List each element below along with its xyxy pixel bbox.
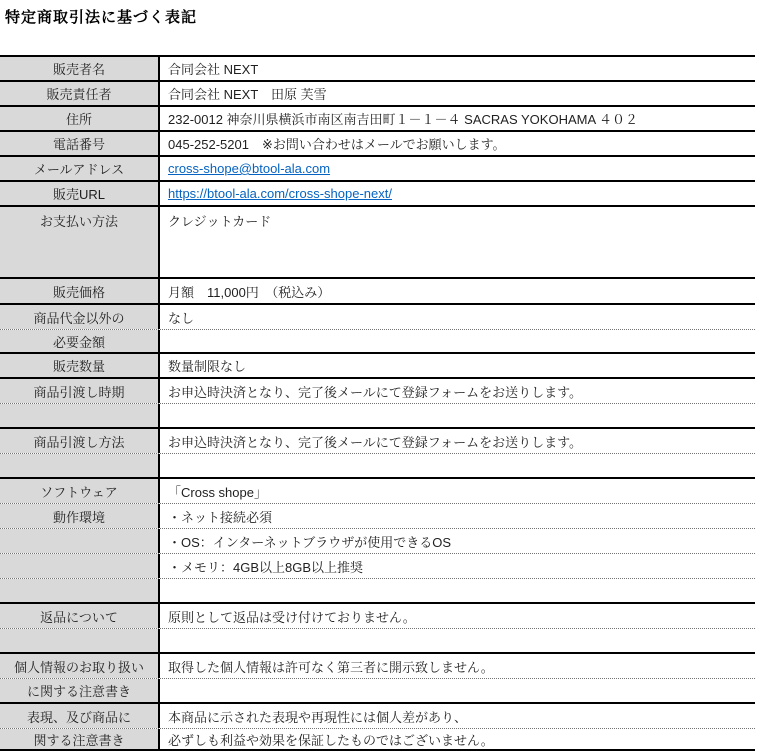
row-label [0, 629, 160, 652]
row-value: 045-252-5201 ※お問い合わせはメールでお願いします。 [160, 132, 755, 155]
table-row: 販売者名合同会社 NEXT [0, 57, 755, 82]
row-label [0, 529, 160, 553]
table-row: 個人情報のお取り扱い取得した個人情報は許可なく第三者に開示致しません。 [0, 654, 755, 679]
row-label [0, 404, 160, 427]
row-value: 取得した個人情報は許可なく第三者に開示致しません。 [160, 654, 755, 678]
row-value: https://btool-ala.com/cross-shope-next/ [160, 182, 755, 205]
table-row: 商品引渡し時期お申込時決済となり、完了後メールにて登録フォームをお送りします。 [0, 379, 755, 404]
row-value: 月額 11,000円 （税込み） [160, 279, 755, 303]
row-value [160, 404, 755, 427]
row-label: 住所 [0, 107, 160, 130]
table-row [0, 404, 755, 429]
table-row: 動作環境・ネット接続必須 [0, 504, 755, 529]
row-label: 返品について [0, 604, 160, 628]
row-value: 必ずしも利益や効果を保証したものではございません。 [160, 729, 755, 749]
table-row: 関する注意書き必ずしも利益や効果を保証したものではございません。 [0, 729, 755, 751]
row-value: 「Cross shope」 [160, 479, 755, 503]
row-value [160, 330, 755, 352]
table-row [0, 579, 755, 604]
row-label [0, 554, 160, 578]
row-value [160, 454, 755, 477]
row-label: 動作環境 [0, 504, 160, 528]
row-value: 合同会社 NEXT 田原 芙雪 [160, 82, 755, 105]
row-label [0, 454, 160, 477]
row-label: 電話番号 [0, 132, 160, 155]
row-value [160, 679, 755, 702]
row-label: 関する注意書き [0, 729, 160, 749]
row-label: 商品引渡し時期 [0, 379, 160, 403]
row-value: 原則として返品は受け付けておりません。 [160, 604, 755, 628]
row-value [160, 629, 755, 652]
table-row: 販売URLhttps://btool-ala.com/cross-shope-n… [0, 182, 755, 207]
table-row: 販売責任者合同会社 NEXT 田原 芙雪 [0, 82, 755, 107]
row-value: 232-0012 神奈川県横浜市南区南吉田町１－１－４ SACRAS YOKOH… [160, 107, 755, 130]
row-label: メールアドレス [0, 157, 160, 180]
row-label: 販売責任者 [0, 82, 160, 105]
row-value: お申込時決済となり、完了後メールにて登録フォームをお送りします。 [160, 379, 755, 403]
row-value: お申込時決済となり、完了後メールにて登録フォームをお送りします。 [160, 429, 755, 453]
row-value: cross-shope@btool-ala.com [160, 157, 755, 180]
row-value: 本商品に示された表現や再現性には個人差があり、 [160, 704, 755, 728]
table-row: 必要金額 [0, 330, 755, 354]
table-row: ・メモリ：4GB以上8GB以上推奨 [0, 554, 755, 579]
row-value: ・OS：インターネットブラウザが使用できるOS [160, 529, 755, 553]
row-label: 個人情報のお取り扱い [0, 654, 160, 678]
row-value: クレジットカード [160, 207, 755, 277]
table-row: お支払い方法クレジットカード [0, 207, 755, 279]
row-label: に関する注意書き [0, 679, 160, 702]
table-row: ・OS：インターネットブラウザが使用できるOS [0, 529, 755, 554]
table-row: 表現、及び商品に本商品に示された表現や再現性には個人差があり、 [0, 704, 755, 729]
row-label: ソフトウェア [0, 479, 160, 503]
table-row: ソフトウェア「Cross shope」 [0, 479, 755, 504]
table-row: 返品について原則として返品は受け付けておりません。 [0, 604, 755, 629]
row-label: お支払い方法 [0, 207, 160, 277]
table-row: 住所232-0012 神奈川県横浜市南区南吉田町１－１－４ SACRAS YOK… [0, 107, 755, 132]
table-row: に関する注意書き [0, 679, 755, 704]
table-row [0, 454, 755, 479]
row-label [0, 579, 160, 602]
email-link[interactable]: cross-shope@btool-ala.com [168, 161, 330, 176]
row-label: 販売者名 [0, 57, 160, 80]
row-value: ・ネット接続必須 [160, 504, 755, 528]
disclosure-table: 販売者名合同会社 NEXT販売責任者合同会社 NEXT 田原 芙雪住所232-0… [0, 55, 755, 751]
row-value: 数量制限なし [160, 354, 755, 377]
table-row: メールアドレスcross-shope@btool-ala.com [0, 157, 755, 182]
row-label: 商品代金以外の [0, 305, 160, 329]
table-row: 電話番号045-252-5201 ※お問い合わせはメールでお願いします。 [0, 132, 755, 157]
table-row: 販売価格月額 11,000円 （税込み） [0, 279, 755, 305]
row-value: ・メモリ：4GB以上8GB以上推奨 [160, 554, 755, 578]
table-row [0, 629, 755, 654]
row-label: 必要金額 [0, 330, 160, 352]
table-row: 商品引渡し方法お申込時決済となり、完了後メールにて登録フォームをお送りします。 [0, 429, 755, 454]
table-row: 販売数量数量制限なし [0, 354, 755, 379]
table-row: 商品代金以外のなし [0, 305, 755, 330]
page: 特定商取引法に基づく表記 販売者名合同会社 NEXT販売責任者合同会社 NEXT… [0, 0, 762, 751]
row-label: 販売URL [0, 182, 160, 205]
row-value: 合同会社 NEXT [160, 57, 755, 80]
row-value: なし [160, 305, 755, 329]
row-label: 販売数量 [0, 354, 160, 377]
page-title: 特定商取引法に基づく表記 [5, 6, 197, 27]
row-label: 商品引渡し方法 [0, 429, 160, 453]
row-label: 表現、及び商品に [0, 704, 160, 728]
row-label: 販売価格 [0, 279, 160, 303]
row-value [160, 579, 755, 602]
sales-url-link[interactable]: https://btool-ala.com/cross-shope-next/ [168, 186, 392, 201]
